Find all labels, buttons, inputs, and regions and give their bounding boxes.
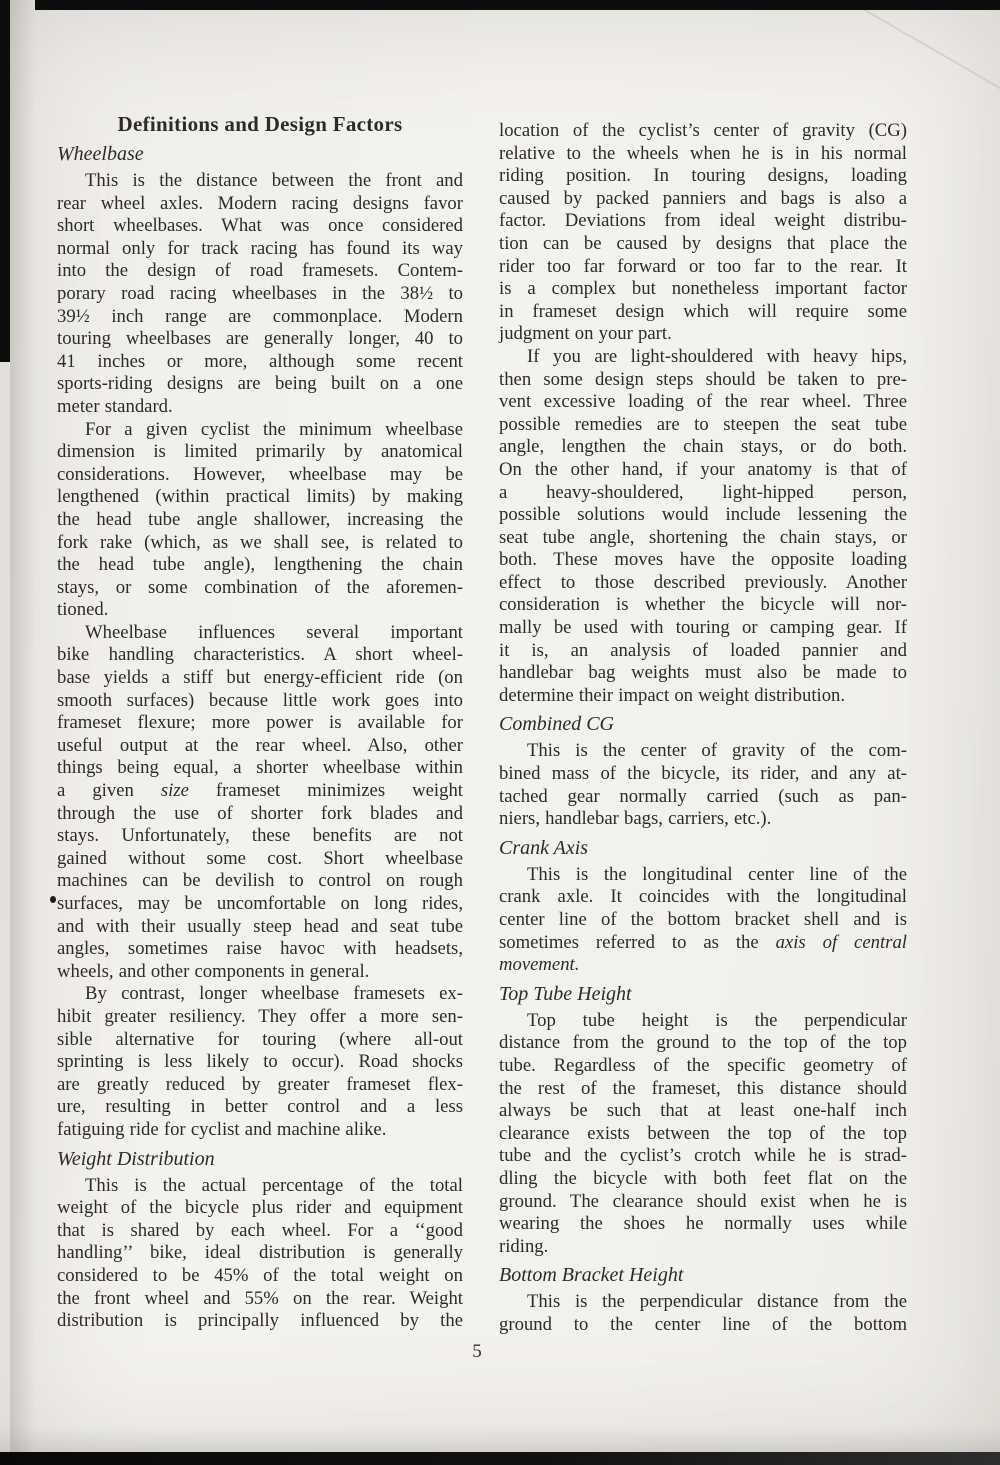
text-line: fatiguing ride for cyclist and machine a… bbox=[57, 1119, 463, 1142]
text-line: distribution is principally influenced b… bbox=[57, 1310, 463, 1333]
scanned-book-page: Definitions and Design FactorsWheelbaseT… bbox=[0, 0, 1000, 1465]
section-heading: Top Tube Height bbox=[499, 983, 907, 1005]
text-column-right: location of the cyclist’s center of grav… bbox=[499, 120, 907, 1337]
text-line: the head tube angle shallower, increasin… bbox=[57, 509, 463, 532]
text-line: handlebar bag weights must also be made … bbox=[499, 662, 907, 685]
text-line: This is the actual percentage of the tot… bbox=[57, 1175, 463, 1198]
text-line: is a complex but nonetheless important f… bbox=[499, 278, 907, 301]
text-line: surfaces, may be uncomfortable on long r… bbox=[57, 893, 463, 916]
paragraph: Wheelbase influences several importantbi… bbox=[57, 622, 463, 984]
scan-crease bbox=[845, 0, 1000, 97]
scan-edge-left bbox=[0, 0, 10, 362]
text-line: angles, sometimes raise havoc with heads… bbox=[57, 938, 463, 961]
paragraph: location of the cyclist’s center of grav… bbox=[499, 120, 907, 346]
text-line: machines can be devilish to control on r… bbox=[57, 870, 463, 893]
text-line: both. These moves have the opposite load… bbox=[499, 549, 907, 572]
text-line: dling the bicycle with both feet flat on… bbox=[499, 1168, 907, 1191]
text-line: bined mass of the bicycle, its rider, an… bbox=[499, 763, 907, 786]
text-line: Wheelbase influences several important bbox=[57, 622, 463, 645]
text-line: This is the center of gravity of the com… bbox=[499, 740, 907, 763]
text-line: stays, or some combination of the aforem… bbox=[57, 577, 463, 600]
text-line: tioned. bbox=[57, 599, 463, 622]
section-heading: Combined CG bbox=[499, 713, 907, 735]
text-line: ure, resulting in better control and a l… bbox=[57, 1096, 463, 1119]
text-line: wearing the shoes he normally uses while bbox=[499, 1213, 907, 1236]
text-line: useful output at the rear wheel. Also, o… bbox=[57, 735, 463, 758]
text-line: then some design steps should be taken t… bbox=[499, 369, 907, 392]
text-line: gained without some cost. Short wheelbas… bbox=[57, 848, 463, 871]
text-line: This is the longitudinal center line of … bbox=[499, 864, 907, 887]
text-line: touring wheelbases are generally longer,… bbox=[57, 328, 463, 351]
text-line: factor. Deviations from ideal weight dis… bbox=[499, 210, 907, 233]
text-line: a given size frameset minimizes weight bbox=[57, 780, 463, 803]
text-line: effect to those described previously. An… bbox=[499, 572, 907, 595]
paragraph: By contrast, longer wheelbase framesets … bbox=[57, 983, 463, 1141]
paragraph: Top tube height is the perpendiculardist… bbox=[499, 1010, 907, 1259]
text-line: hibit greater resiliency. They offer a m… bbox=[57, 1006, 463, 1029]
paragraph: For a given cyclist the minimum wheelbas… bbox=[57, 419, 463, 622]
text-line: considerations. However, wheelbase may b… bbox=[57, 464, 463, 487]
text-line: stays. Unfortunately, these benefits are… bbox=[57, 825, 463, 848]
text-line: mally be used with touring or camping ge… bbox=[499, 617, 907, 640]
text-line: 39½ inch range are commonplace. Modern bbox=[57, 306, 463, 329]
ink-dot-artifact bbox=[50, 896, 56, 903]
text-line: that is shared by each wheel. For a ‘‘go… bbox=[57, 1220, 463, 1243]
text-line: riding. bbox=[499, 1236, 907, 1259]
text-line: dimension is limited primarily by anatom… bbox=[57, 441, 463, 464]
text-line: crank axle. It coincides with the longit… bbox=[499, 886, 907, 909]
text-line: tached gear normally carried (such as pa… bbox=[499, 786, 907, 809]
text-line: This is the distance between the front a… bbox=[57, 170, 463, 193]
text-line: a heavy-shouldered, light-hipped person, bbox=[499, 482, 907, 505]
paragraph: This is the longitudinal center line of … bbox=[499, 864, 907, 977]
page-edge-shadow-bottom bbox=[0, 1426, 1000, 1452]
text-line: location of the cyclist’s center of grav… bbox=[499, 120, 907, 143]
text-line: judgment on your part. bbox=[499, 323, 907, 346]
text-line: riding position. In touring designs, loa… bbox=[499, 165, 907, 188]
text-line: For a given cyclist the minimum wheelbas… bbox=[57, 419, 463, 442]
paragraph: This is the center of gravity of the com… bbox=[499, 740, 907, 830]
text-column-left: Definitions and Design FactorsWheelbaseT… bbox=[57, 112, 463, 1333]
text-line: frameset flexure; more power is availabl… bbox=[57, 712, 463, 735]
text-line: movement. bbox=[499, 954, 907, 977]
text-line: weight of the bicycle plus rider and equ… bbox=[57, 1197, 463, 1220]
scan-edge-top bbox=[35, 0, 1000, 10]
paragraph: This is the distance between the front a… bbox=[57, 170, 463, 419]
text-line: into the design of road framesets. Conte… bbox=[57, 260, 463, 283]
text-line: caused by packed panniers and bags is al… bbox=[499, 188, 907, 211]
text-line: possible solutions would include lesseni… bbox=[499, 504, 907, 527]
scan-edge-bottom bbox=[0, 1452, 1000, 1465]
text-line: niers, handlebar bags, carriers, etc.). bbox=[499, 808, 907, 831]
section-heading: Weight Distribution bbox=[57, 1148, 463, 1170]
text-line: through the use of shorter fork blades a… bbox=[57, 803, 463, 826]
text-line: 41 inches or more, although some recent bbox=[57, 351, 463, 374]
text-line: sible alternative for touring (where all… bbox=[57, 1029, 463, 1052]
text-line: base yields a stiff but energy-efficient… bbox=[57, 667, 463, 690]
text-line: the head tube angle), lengthening the ch… bbox=[57, 554, 463, 577]
text-line: short wheelbases. What was once consider… bbox=[57, 215, 463, 238]
page-number: 5 bbox=[57, 1341, 897, 1363]
text-line: relative to the wheels when he is in his… bbox=[499, 143, 907, 166]
text-line: handling’’ bike, ideal distribution is g… bbox=[57, 1242, 463, 1265]
text-line: distance from the ground to the top of t… bbox=[499, 1032, 907, 1055]
text-line: rear wheel axles. Modern racing designs … bbox=[57, 193, 463, 216]
text-line: meter standard. bbox=[57, 396, 463, 419]
text-line: sometimes referred to as the axis of cen… bbox=[499, 932, 907, 955]
text-line: and with their usually steep head and se… bbox=[57, 916, 463, 939]
text-line: consideration is whether the bicycle wil… bbox=[499, 594, 907, 617]
page-title: Definitions and Design Factors bbox=[57, 112, 463, 137]
text-line: fork rake (which, as we shall see, is re… bbox=[57, 532, 463, 555]
text-line: ground. The clearance should exist when … bbox=[499, 1191, 907, 1214]
paragraph: This is the perpendicular distance from … bbox=[499, 1291, 907, 1336]
text-line: possible remedies are to steepen the sea… bbox=[499, 414, 907, 437]
text-line: wheels, and other components in general. bbox=[57, 961, 463, 984]
text-line: clearance exists between the top of the … bbox=[499, 1123, 907, 1146]
text-line: sprinting is less likely to occur). Road… bbox=[57, 1051, 463, 1074]
section-heading: Crank Axis bbox=[499, 837, 907, 859]
text-line: vent excessive loading of the rear wheel… bbox=[499, 391, 907, 414]
text-line: If you are light-shouldered with heavy h… bbox=[499, 346, 907, 369]
text-line: in frameset design which will require so… bbox=[499, 301, 907, 324]
text-line: things being equal, a shorter wheelbase … bbox=[57, 757, 463, 780]
text-line: always be such that at least one-half in… bbox=[499, 1100, 907, 1123]
text-line: normal only for track racing has found i… bbox=[57, 238, 463, 261]
text-line: it is, an analysis of loaded pannier and bbox=[499, 640, 907, 663]
text-line: determine their impact on weight distrib… bbox=[499, 685, 907, 708]
text-line: Top tube height is the perpendicular bbox=[499, 1010, 907, 1033]
text-line: tube and the cyclist’s crotch while he i… bbox=[499, 1145, 907, 1168]
section-heading: Wheelbase bbox=[57, 143, 463, 165]
text-line: bike handling characteristics. A short w… bbox=[57, 644, 463, 667]
text-line: angle, lengthen the chain stays, or do b… bbox=[499, 436, 907, 459]
text-line: the rest of the frameset, this distance … bbox=[499, 1078, 907, 1101]
text-line: sports-riding designs are being built on… bbox=[57, 373, 463, 396]
paragraph: This is the actual percentage of the tot… bbox=[57, 1175, 463, 1333]
text-line: seat tube angle, shortening the chain st… bbox=[499, 527, 907, 550]
section-heading: Bottom Bracket Height bbox=[499, 1264, 907, 1286]
text-line: the front wheel and 55% on the rear. Wei… bbox=[57, 1288, 463, 1311]
text-line: porary road racing wheelbases in the 38½… bbox=[57, 283, 463, 306]
text-line: ground to the center line of the bottom bbox=[499, 1314, 907, 1337]
text-line: By contrast, longer wheelbase framesets … bbox=[57, 983, 463, 1006]
text-line: are greatly reduced by greater frameset … bbox=[57, 1074, 463, 1097]
text-line: center line of the bottom bracket shell … bbox=[499, 909, 907, 932]
text-line: lengthened (within practical limits) by … bbox=[57, 486, 463, 509]
text-line: tube. Regardless of the specific geometr… bbox=[499, 1055, 907, 1078]
text-line: tion can be caused by designs that place… bbox=[499, 233, 907, 256]
page-edge-shadow-left bbox=[10, 0, 36, 1465]
text-line: This is the perpendicular distance from … bbox=[499, 1291, 907, 1314]
text-line: On the other hand, if your anatomy is th… bbox=[499, 459, 907, 482]
text-line: rider too far forward or too far to the … bbox=[499, 256, 907, 279]
text-line: smooth surfaces) because little work goe… bbox=[57, 690, 463, 713]
paragraph: If you are light-shouldered with heavy h… bbox=[499, 346, 907, 708]
text-line: considered to be 45% of the total weight… bbox=[57, 1265, 463, 1288]
